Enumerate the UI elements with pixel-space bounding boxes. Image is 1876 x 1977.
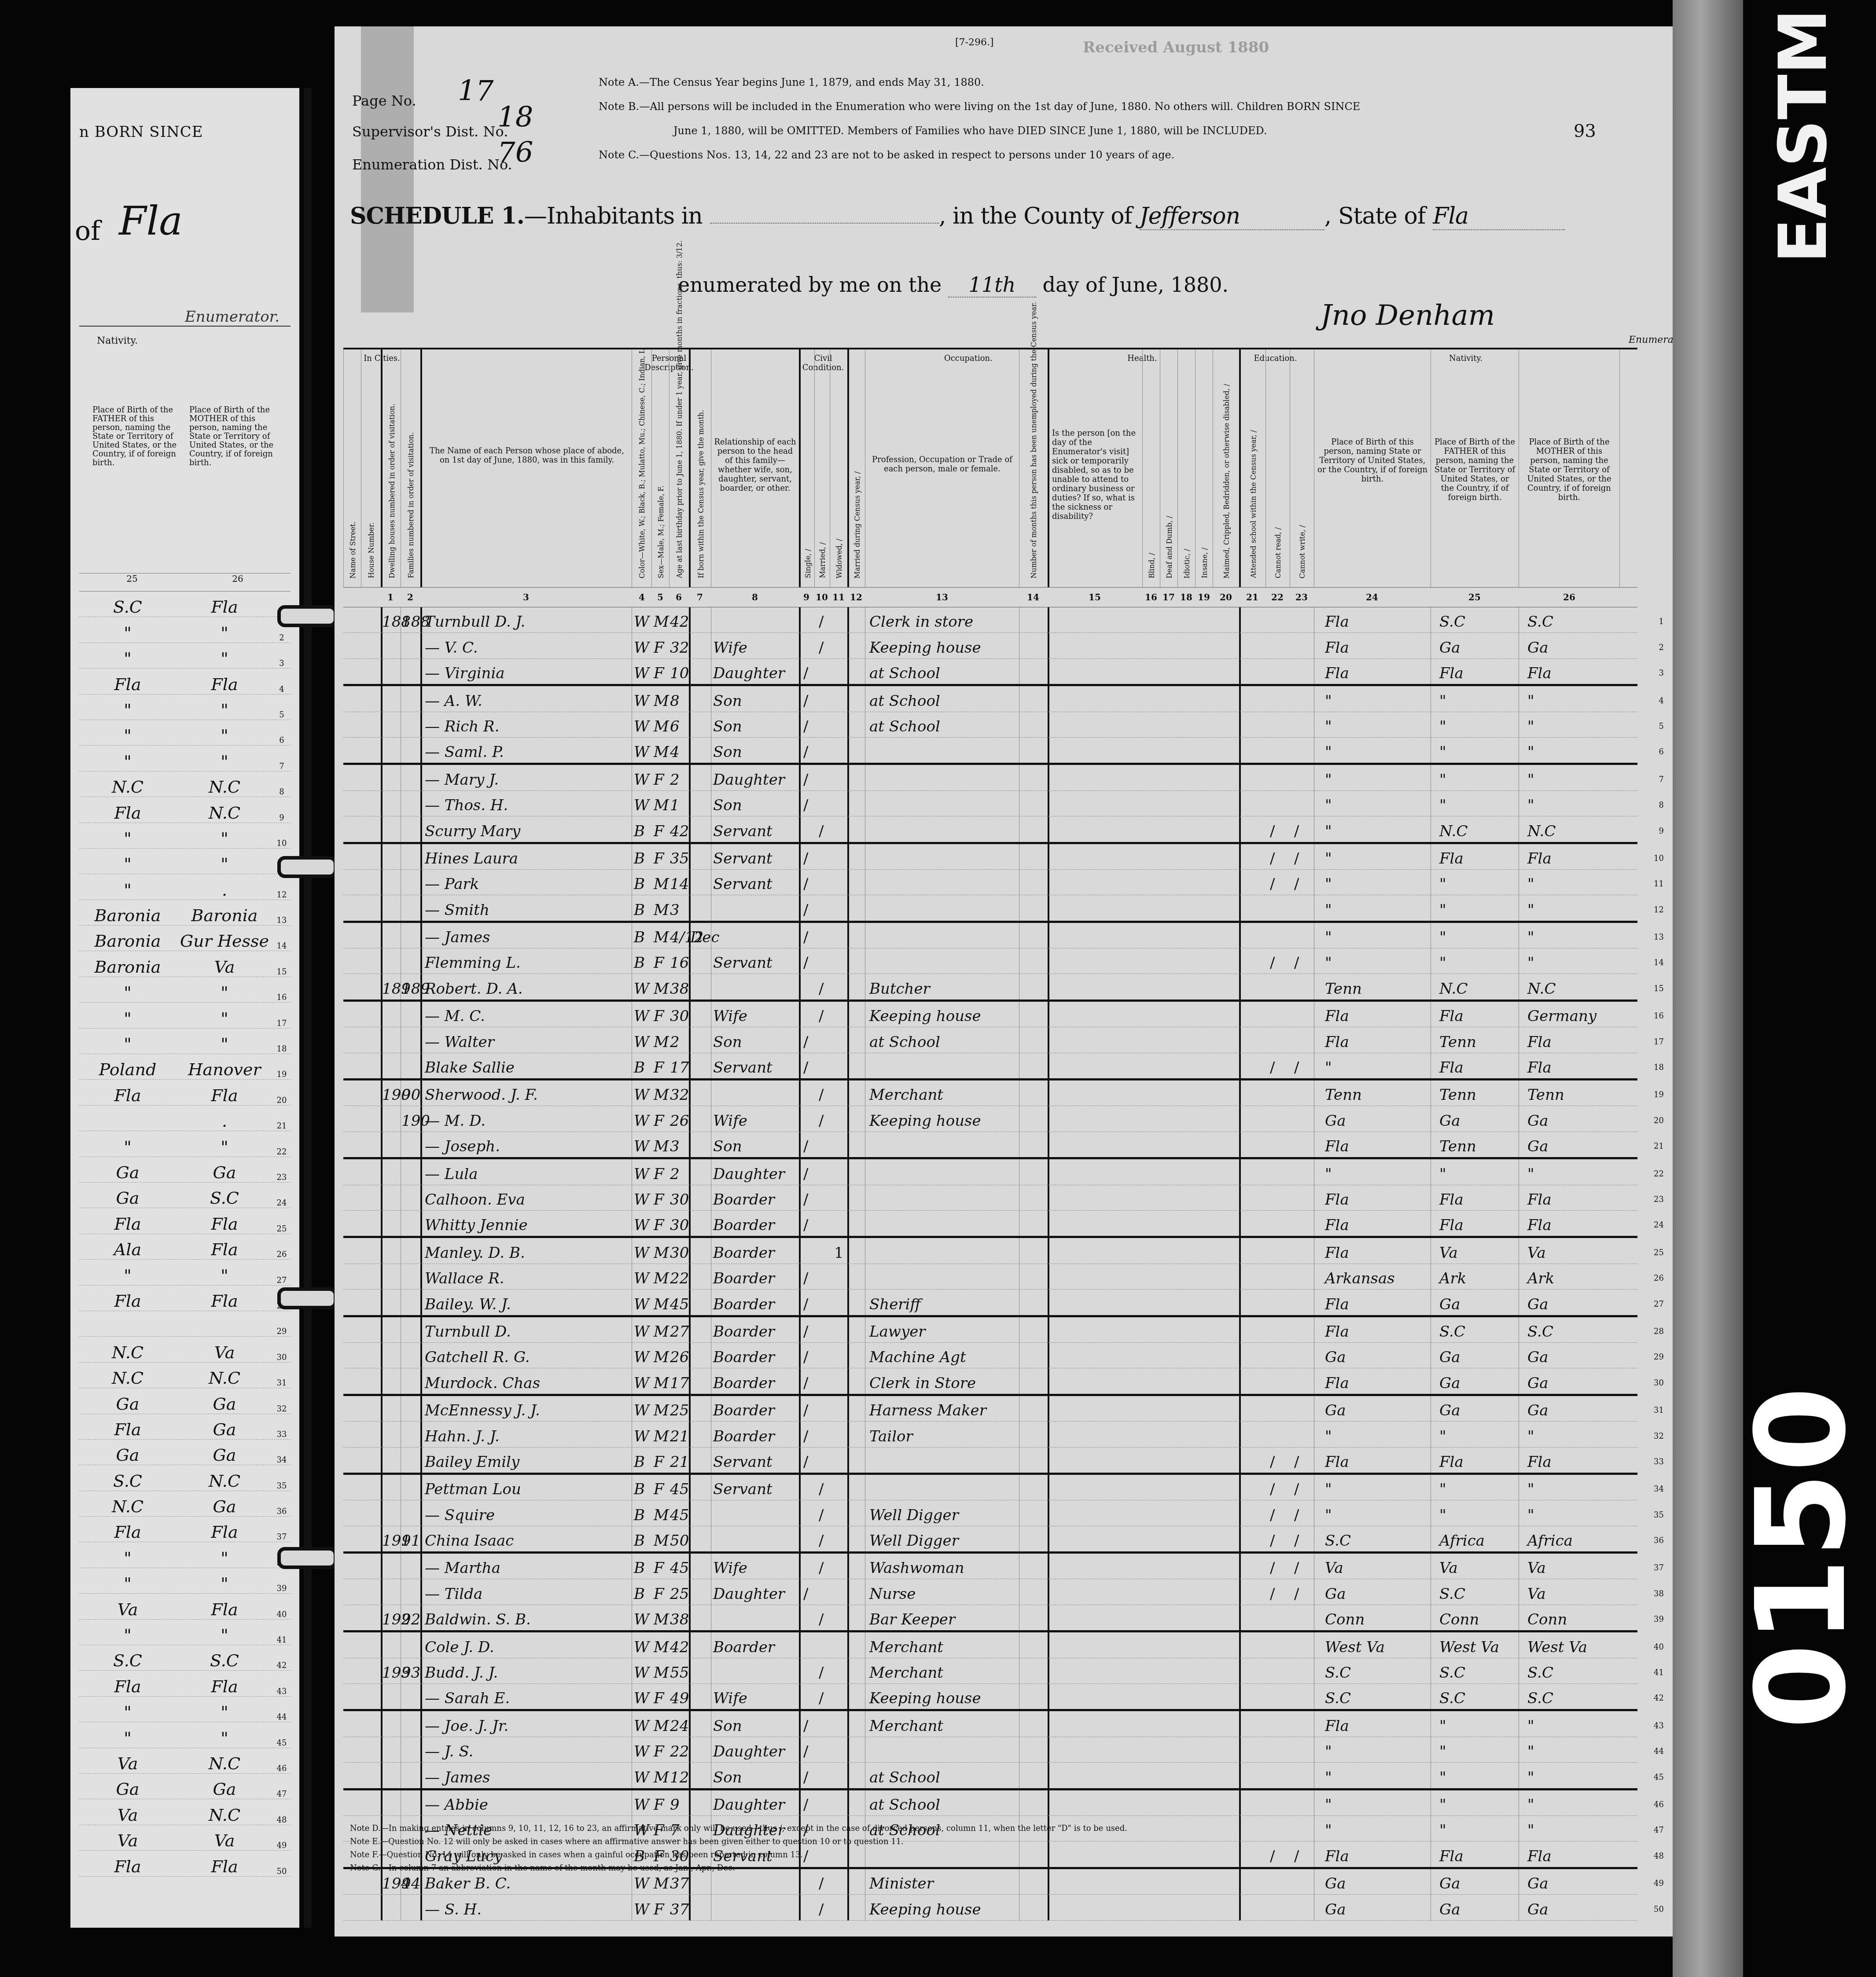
sex: F <box>654 1481 664 1498</box>
left-row: ""22 <box>79 1131 291 1157</box>
mother-birthplace: S.C <box>1527 1323 1553 1341</box>
occupation: Merchant <box>869 1664 943 1682</box>
cannot-read-mark: / <box>1270 1848 1275 1865</box>
person-name: — Joe. J. Jr. <box>425 1717 508 1735</box>
left-row: ""44 <box>79 1697 291 1722</box>
person-name: Bailey. W. J. <box>425 1296 511 1313</box>
birthplace: " <box>1325 1481 1332 1498</box>
left-mother-birthplace: Ga <box>176 1779 273 1799</box>
sex: M <box>654 1138 669 1155</box>
line-number: 26 <box>1654 1274 1664 1283</box>
sex: F <box>654 1796 664 1814</box>
person-name: Sherwood. J. F. <box>425 1086 538 1104</box>
left-row: ""11 <box>79 849 291 874</box>
father-birthplace: Ga <box>1439 1349 1460 1366</box>
table-row: McEnnessy J. J.WM25Boarder/Harness Maker… <box>343 1396 1637 1422</box>
father-birthplace: Tenn <box>1439 1033 1476 1051</box>
sex: F <box>654 1059 664 1077</box>
left-father-birthplace: Ga <box>79 1779 176 1799</box>
note-b: Note B.—All persons will be included in … <box>599 95 1360 119</box>
note-d: Note D.—In making entries in columns 9, … <box>350 1822 1127 1835</box>
left-mother-birthplace: Fla <box>176 1086 273 1105</box>
left-mother-birthplace: " <box>176 1266 273 1285</box>
relationship: Daughter <box>713 1165 785 1183</box>
birthplace: " <box>1325 771 1332 789</box>
person-name: Gatchell R. G. <box>425 1349 530 1366</box>
sex: M <box>654 1611 669 1628</box>
birthplace: " <box>1325 1165 1332 1183</box>
color: B <box>634 850 645 867</box>
family-number: 90 <box>401 1086 420 1104</box>
color: B <box>634 929 645 946</box>
sex: F <box>654 1690 664 1707</box>
person-name: China Isaac <box>425 1532 514 1550</box>
mother-birthplace: " <box>1527 1717 1534 1735</box>
mother-birthplace: N.C <box>1527 980 1556 998</box>
left-mother-birthplace: " <box>176 752 273 771</box>
left-col26-head: Place of Birth of the MOTHER of this per… <box>189 406 277 467</box>
relationship: Wife <box>713 639 747 657</box>
line-number: 35 <box>1654 1510 1664 1520</box>
person-name: Cole J. D. <box>425 1639 494 1656</box>
relationship: Boarder <box>713 1216 775 1234</box>
left-line-number: 50 <box>273 1867 291 1876</box>
left-row: S.CFla1 <box>79 592 291 617</box>
left-father-birthplace: " <box>79 854 176 874</box>
married-mark: / <box>819 1507 824 1524</box>
age: 22 <box>670 1270 689 1287</box>
sex: F <box>654 1585 664 1603</box>
left-row: GaS.C24 <box>79 1183 291 1208</box>
note-a: Note A.—The Census Year begins June 1, 1… <box>599 70 1360 95</box>
left-row: N.CVa30 <box>79 1337 291 1362</box>
person-name: — J. S. <box>425 1743 473 1760</box>
relationship: Boarder <box>713 1296 775 1313</box>
single-mark: / <box>803 929 808 946</box>
table-header: In Cities. Personal Description. Civil C… <box>343 349 1637 588</box>
age: 32 <box>670 1086 689 1104</box>
father-birthplace: Fla <box>1439 1453 1464 1471</box>
single-mark: / <box>803 1585 808 1603</box>
left-father-birthplace: Fla <box>79 1420 176 1439</box>
occupation: Nurse <box>869 1585 916 1603</box>
line-number: 3 <box>1659 669 1664 678</box>
mother-birthplace: Fla <box>1527 1059 1552 1077</box>
line-number: 18 <box>1654 1063 1664 1072</box>
left-father-birthplace: Va <box>79 1754 176 1773</box>
person-name: — Joseph. <box>425 1138 500 1155</box>
head-street: Name of Street. <box>343 349 361 587</box>
sex: M <box>654 1270 669 1287</box>
left-row: 29 <box>79 1311 291 1337</box>
left-born-since: n BORN SINCE <box>79 123 203 141</box>
head-birth-month: If born within the Census year, give the… <box>689 349 711 587</box>
cannot-read-mark: / <box>1270 1507 1275 1524</box>
person-name: Flemming L. <box>425 954 521 972</box>
page-no-value: 17 <box>458 75 493 107</box>
birthplace: Ga <box>1325 1112 1346 1130</box>
left-line-number: 20 <box>273 1096 291 1105</box>
birthplace: Conn <box>1325 1611 1365 1628</box>
birthplace: Fla <box>1325 1007 1349 1025</box>
supervisor-dist-label: Supervisor's Dist. No. <box>352 123 508 140</box>
single-mark: / <box>803 1743 808 1760</box>
column-number: 24 <box>1366 592 1378 603</box>
cannot-write-mark: / <box>1294 1559 1299 1577</box>
left-line-number: 3 <box>273 659 291 668</box>
age: 1 <box>670 797 680 814</box>
relationship: Boarder <box>713 1191 775 1209</box>
left-mother-birthplace: Fla <box>176 1857 273 1876</box>
birthplace: " <box>1325 1059 1332 1077</box>
left-row: FlaN.C9 <box>79 797 291 823</box>
married-mark: / <box>819 1112 824 1130</box>
left-row: ""39 <box>79 1568 291 1594</box>
column-number: 16 <box>1145 592 1157 603</box>
column-number: 17 <box>1162 592 1175 603</box>
head-married-census-year: Married during Census year, / <box>847 349 865 587</box>
left-father-birthplace: Baronia <box>79 931 176 951</box>
color: W <box>634 797 649 814</box>
occupation: at School <box>869 692 940 710</box>
person-name: Murdock. Chas <box>425 1374 540 1392</box>
birthplace: Fla <box>1325 1033 1349 1051</box>
left-line-number: 15 <box>273 967 291 977</box>
age: 2 <box>670 1165 680 1183</box>
family-number: 94 <box>401 1875 420 1892</box>
column-number: 12 <box>850 592 862 603</box>
left-row: GaGa47 <box>79 1774 291 1799</box>
left-row: VaVa49 <box>79 1825 291 1851</box>
occupation: Merchant <box>869 1086 943 1104</box>
father-birthplace: N.C <box>1439 823 1468 840</box>
occupation: Merchant <box>869 1717 943 1735</box>
left-father-birthplace: " <box>79 1728 176 1748</box>
sex: M <box>654 1507 669 1524</box>
sex: F <box>654 823 664 840</box>
person-name: — Virginia <box>425 665 505 682</box>
mother-birthplace: Tenn <box>1527 1086 1564 1104</box>
sex: M <box>654 1296 669 1313</box>
father-birthplace: " <box>1439 718 1446 735</box>
person-name: Pettman Lou <box>425 1481 521 1498</box>
head-idiotic: Idiotic, / <box>1177 349 1195 587</box>
cannot-read-mark: / <box>1270 1059 1275 1077</box>
head-sickness: Is the person [on the day of the Enumera… <box>1048 349 1142 587</box>
column-number: 21 <box>1246 592 1258 603</box>
occupation: at School <box>869 1769 940 1786</box>
left-line-number: 13 <box>273 916 291 925</box>
mother-birthplace: Va <box>1527 1559 1546 1577</box>
table-row: Hahn. J. J.WM21Boarder/Tailor"""32 <box>343 1422 1637 1447</box>
left-mother-birthplace: Fla <box>176 675 273 694</box>
occupation: Keeping house <box>869 1007 981 1025</box>
left-father-birthplace: S.C <box>79 597 176 617</box>
left-father-birthplace: " <box>79 829 176 848</box>
left-line-number: 4 <box>273 685 291 694</box>
sex: M <box>654 929 669 946</box>
color: B <box>634 1559 645 1577</box>
father-birthplace: S.C <box>1439 1664 1465 1682</box>
mother-birthplace: Ark <box>1527 1270 1554 1287</box>
father-birthplace: Tenn <box>1439 1086 1476 1104</box>
person-name: Manley. D. B. <box>425 1244 525 1262</box>
relationship: Son <box>713 1033 742 1051</box>
left-mother-birthplace: S.C <box>176 1651 273 1670</box>
mother-birthplace: S.C <box>1527 1690 1553 1707</box>
left-line-number: 7 <box>273 762 291 771</box>
left-line-number: 42 <box>273 1661 291 1670</box>
father-birthplace: " <box>1439 954 1446 972</box>
table-row: — TildaBF25Daughter/Nurse//GaS.CVa38 <box>343 1579 1637 1605</box>
left-nativity-label: Nativity. <box>97 335 138 346</box>
form-code: [7-296.] <box>955 37 994 48</box>
left-mother-birthplace: " <box>176 983 273 1002</box>
left-father-birthplace: " <box>79 1548 176 1568</box>
left-line-number: 24 <box>273 1198 291 1208</box>
relationship: Daughter <box>713 1743 785 1760</box>
table-row: — S. H.WF37/Keeping houseGaGaGa50 <box>343 1895 1637 1920</box>
left-row: ""6 <box>79 720 291 746</box>
sex: F <box>654 1007 664 1025</box>
left-row: FlaFla43 <box>79 1671 291 1696</box>
widowed-mark: 1 <box>834 1244 844 1262</box>
head-cannot-write: Cannot write, / <box>1290 349 1314 587</box>
left-line-number: 34 <box>273 1455 291 1465</box>
color: W <box>634 1428 649 1445</box>
left-row: FlaFla20 <box>79 1080 291 1105</box>
left-row: BaroniaGur Hesse14 <box>79 926 291 951</box>
mother-birthplace: Ga <box>1527 1402 1548 1419</box>
sex: M <box>654 1664 669 1682</box>
father-birthplace: " <box>1439 1822 1446 1839</box>
father-birthplace: " <box>1439 1165 1446 1183</box>
single-mark: / <box>803 954 808 972</box>
mother-birthplace: Fla <box>1527 665 1552 682</box>
left-line-number: 39 <box>273 1584 291 1593</box>
occupation: Lawyer <box>869 1323 926 1341</box>
color: B <box>634 1453 645 1471</box>
left-row: GaGa32 <box>79 1388 291 1414</box>
column-number: 4 <box>639 592 645 603</box>
sex: M <box>654 1639 669 1656</box>
birthplace: Fla <box>1325 1216 1349 1234</box>
sex: F <box>654 1743 664 1760</box>
color: B <box>634 875 645 893</box>
head-occupation: Profession, Occupation or Trade of each … <box>865 349 1019 587</box>
person-name: Whitty Jennie <box>425 1216 528 1234</box>
left-mother-birthplace: " <box>176 1574 273 1593</box>
single-mark: / <box>803 1216 808 1234</box>
reel-label: EASTM <box>1765 9 1842 263</box>
mother-birthplace: Va <box>1527 1244 1546 1262</box>
left-row: ""2 <box>79 617 291 643</box>
person-name: Blake Sallie <box>425 1059 515 1077</box>
person-name: — Thos. H. <box>425 797 508 814</box>
birthplace: Fla <box>1325 1323 1349 1341</box>
person-name: Budd. J. J. <box>425 1664 498 1682</box>
table-row: Hines LauraBF35Servant///"FlaFla10 <box>343 844 1637 870</box>
sex: F <box>654 639 664 657</box>
left-mother-birthplace: Fla <box>176 1522 273 1542</box>
table-row: — M. C.WF30Wife/Keeping houseFlaFlaGerma… <box>343 1002 1637 1027</box>
single-mark: / <box>803 1138 808 1155</box>
left-father-birthplace: Ga <box>79 1445 176 1465</box>
single-mark: / <box>803 1191 808 1209</box>
binder-spine <box>304 88 312 1928</box>
left-row: GaGa34 <box>79 1440 291 1465</box>
note-c: Note C.—Questions Nos. 13, 14, 22 and 23… <box>599 143 1360 167</box>
cannot-write-mark: / <box>1294 1059 1299 1077</box>
birthplace: " <box>1325 1507 1332 1524</box>
left-mother-birthplace: Fla <box>176 1291 273 1311</box>
color: B <box>634 1059 645 1077</box>
age: 35 <box>670 850 689 867</box>
sex: F <box>654 1559 664 1577</box>
head-single: Single, / <box>799 349 814 587</box>
left-row: S.CS.C42 <box>79 1645 291 1671</box>
age: 45 <box>670 1559 689 1577</box>
note-f: Note F.—Question No. 14 will only be ask… <box>350 1848 1127 1862</box>
color: W <box>634 1191 649 1209</box>
left-line-number: 16 <box>273 993 291 1002</box>
birthplace: Fla <box>1325 1138 1349 1155</box>
left-mother-birthplace: N.C <box>176 1471 273 1491</box>
left-row: VaFla40 <box>79 1594 291 1619</box>
occupation: Well Digger <box>869 1532 959 1550</box>
table-row: Blake SallieBF17Servant///"FlaFla18 <box>343 1053 1637 1080</box>
table-row: — Saml. P.WM4Son/"""6 <box>343 738 1637 765</box>
single-mark: / <box>803 1033 808 1051</box>
line-number: 19 <box>1654 1090 1664 1099</box>
left-row: ""41 <box>79 1620 291 1645</box>
table-row: Scurry MaryBF42Servant///"N.CN.C9 <box>343 816 1637 844</box>
table-row: — JamesWM12Son/at School"""45 <box>343 1763 1637 1790</box>
birthplace: " <box>1325 823 1332 840</box>
left-mother-birthplace: Va <box>176 957 273 977</box>
birthplace: " <box>1325 929 1332 946</box>
left-father-birthplace: " <box>79 1266 176 1285</box>
line-number: 36 <box>1654 1536 1664 1545</box>
single-mark: / <box>803 665 808 682</box>
sex: F <box>654 771 664 789</box>
left-mother-birthplace: Fla <box>176 597 273 617</box>
sex: M <box>654 875 669 893</box>
mother-birthplace: Fla <box>1527 1848 1552 1865</box>
age: 45 <box>670 1296 689 1313</box>
column-number: 13 <box>936 592 948 603</box>
father-birthplace: " <box>1439 901 1446 919</box>
person-name: Bailey Emily <box>425 1453 519 1471</box>
left-mother-birthplace: Baronia <box>176 906 273 925</box>
age: 50 <box>670 1532 689 1550</box>
line-number: 21 <box>1654 1142 1664 1151</box>
cannot-write-mark: / <box>1294 1532 1299 1550</box>
color: W <box>634 665 649 682</box>
left-mother-birthplace: Hanover <box>176 1060 273 1079</box>
left-line-number: 29 <box>273 1327 291 1336</box>
occupation: Harness Maker <box>869 1402 986 1419</box>
left-enumerator-label: Enumerator. <box>185 308 280 326</box>
color: W <box>634 1296 649 1313</box>
relationship: Servant <box>713 850 772 867</box>
color: W <box>634 1349 649 1366</box>
line-number: 1 <box>1659 617 1664 626</box>
person-name: Hines Laura <box>425 850 518 867</box>
left-line-number: 2 <box>273 633 291 643</box>
line-number: 10 <box>1654 854 1664 863</box>
left-mother-birthplace: . <box>176 1111 273 1131</box>
line-number: 38 <box>1654 1589 1664 1599</box>
married-mark: / <box>819 1901 824 1918</box>
color: W <box>634 718 649 735</box>
left-line-number: 17 <box>273 1019 291 1028</box>
age: 26 <box>670 1349 689 1366</box>
birthplace: Tenn <box>1325 1086 1362 1104</box>
note-e: Note E.—Question No. 12 will only be ask… <box>350 1835 1127 1848</box>
left-father-birthplace: " <box>79 726 176 745</box>
color: W <box>634 1374 649 1392</box>
sex: M <box>654 743 669 761</box>
cannot-read-mark: / <box>1270 1559 1275 1577</box>
mother-birthplace: Ga <box>1527 1349 1548 1366</box>
age: 25 <box>670 1585 689 1603</box>
left-mother-birthplace: Fla <box>176 1677 273 1696</box>
age: 42 <box>670 823 689 840</box>
left-father-birthplace: " <box>79 700 176 720</box>
left-row: FlaFla25 <box>79 1208 291 1234</box>
column-number: 3 <box>523 592 529 603</box>
left-mother-birthplace: Ga <box>176 1420 273 1439</box>
age: 27 <box>670 1323 689 1341</box>
left-mother-birthplace: Ga <box>176 1445 273 1465</box>
table-row: — MarthaBF45Wife/Washwoman//VaVaVa37 <box>343 1554 1637 1579</box>
father-birthplace: Ga <box>1439 1374 1460 1392</box>
column-number: 22 <box>1271 592 1284 603</box>
table-row: 19393Budd. J. J.WM55/MerchantS.CS.CS.C41 <box>343 1658 1637 1684</box>
mother-birthplace: Africa <box>1527 1532 1573 1550</box>
mother-birthplace: " <box>1527 1769 1534 1786</box>
birthplace: Ga <box>1325 1875 1346 1892</box>
age: 49 <box>670 1690 689 1707</box>
left-row: N.CN.C31 <box>79 1363 291 1388</box>
birthplace: " <box>1325 901 1332 919</box>
cannot-read-mark: / <box>1270 875 1275 893</box>
mother-birthplace: Ga <box>1527 1138 1548 1155</box>
table-row: 19090Sherwood. J. F.WM32/MerchantTennTen… <box>343 1080 1637 1106</box>
color: B <box>634 1585 645 1603</box>
left-father-birthplace: N.C <box>79 1497 176 1516</box>
color: W <box>634 692 649 710</box>
person-name: — Squire <box>425 1507 495 1524</box>
column-number: 8 <box>752 592 758 603</box>
date-suffix: day of June, 1880. <box>1043 273 1229 297</box>
left-line-number: 21 <box>273 1121 291 1131</box>
line-number: 34 <box>1654 1485 1664 1494</box>
father-birthplace: " <box>1439 1796 1446 1814</box>
mother-birthplace: Fla <box>1527 1033 1552 1051</box>
married-mark: / <box>819 1875 824 1892</box>
line-number: 42 <box>1654 1694 1664 1703</box>
mother-birthplace: Ga <box>1527 1112 1548 1130</box>
father-birthplace: " <box>1439 1481 1446 1498</box>
cannot-read-mark: / <box>1270 1481 1275 1498</box>
color: W <box>634 980 649 998</box>
line-number: 46 <box>1654 1800 1664 1809</box>
color: W <box>634 1244 649 1262</box>
cannot-write-mark: / <box>1294 1585 1299 1603</box>
line-number: 22 <box>1654 1169 1664 1179</box>
